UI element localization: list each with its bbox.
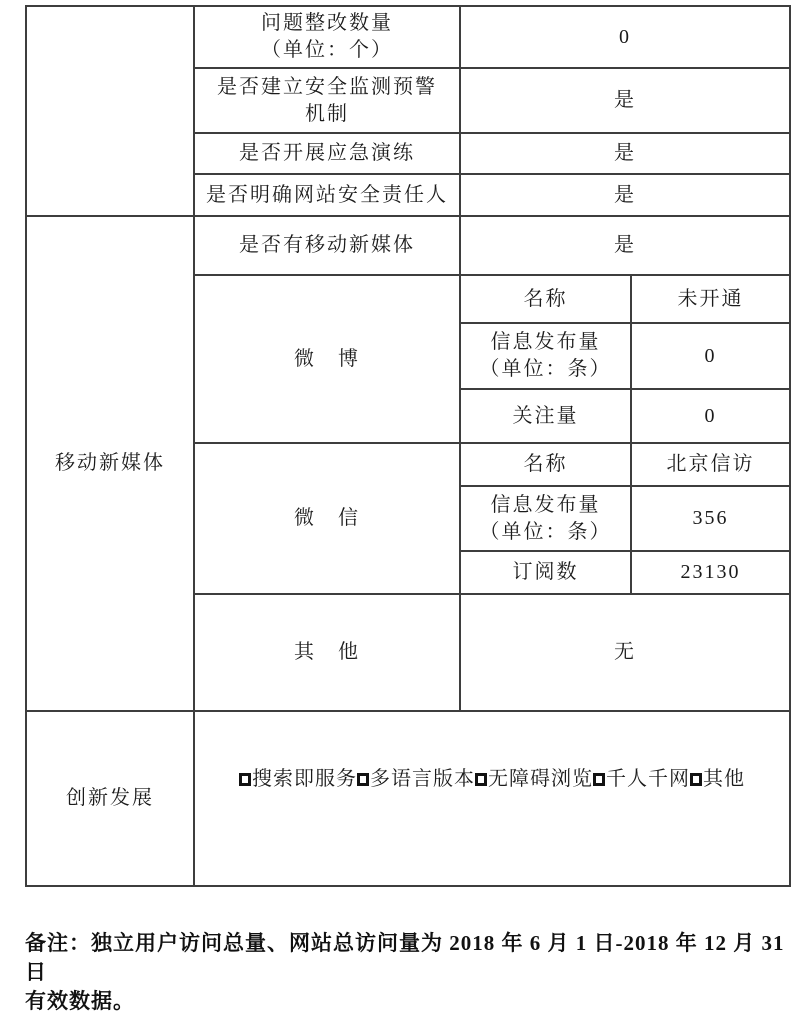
value-has-mobile-media: 是 <box>460 216 790 275</box>
label-issue-rectify-count: 问题整改数量 （单位：个） <box>194 6 460 68</box>
value-weibo-followers: 0 <box>631 389 790 443</box>
checkbox-icon <box>239 773 251 786</box>
checkbox-label: 其他 <box>703 766 745 793</box>
group-label-weibo: 微 博 <box>194 275 460 443</box>
checkbox-row: 搜索即服务 多语言版本 无障碍浏览 千人千网 其他 <box>197 766 787 793</box>
option-search-as-service: 搜索即服务 <box>239 766 357 793</box>
label-weibo-followers: 关注量 <box>460 389 631 443</box>
checkbox-label: 无障碍浏览 <box>488 766 593 793</box>
group-label-mobile-new-media: 移动新媒体 <box>26 216 194 711</box>
option-accessibility: 无障碍浏览 <box>475 766 593 793</box>
label-has-mobile-media: 是否有移动新媒体 <box>194 216 460 275</box>
label-weibo-name: 名称 <box>460 275 631 323</box>
label-wechat-posts: 信息发布量 （单位：条） <box>460 486 631 551</box>
checkbox-icon <box>357 773 369 786</box>
option-other: 其他 <box>690 766 745 793</box>
checkbox-label: 多语言版本 <box>370 766 475 793</box>
value-security-monitor-mechanism: 是 <box>460 68 790 133</box>
value-wechat-subscribers: 23130 <box>631 551 790 594</box>
label-security-responsible-person: 是否明确网站安全责任人 <box>194 174 460 216</box>
empty-group-cell <box>26 6 194 216</box>
label-wechat-name: 名称 <box>460 443 631 486</box>
checkbox-icon <box>475 773 487 786</box>
label-security-monitor-mechanism: 是否建立安全监测预警 机制 <box>194 68 460 133</box>
group-label-wechat: 微 信 <box>194 443 460 594</box>
annual-report-table: 问题整改数量 （单位：个） 0 是否建立安全监测预警 机制 是 是否开展应急演练… <box>25 5 791 887</box>
group-label-innovation: 创新发展 <box>26 711 194 886</box>
label-wechat-subscribers: 订阅数 <box>460 551 631 594</box>
value-issue-rectify-count: 0 <box>460 6 790 68</box>
footnote: 备注：独立用户访问总量、网站总访问量为 2018 年 6 月 1 日-2018 … <box>25 929 787 1016</box>
label-other-media: 其 他 <box>194 594 460 711</box>
checkbox-label: 千人千网 <box>606 766 690 793</box>
label-emergency-drill: 是否开展应急演练 <box>194 133 460 174</box>
value-weibo-name: 未开通 <box>631 275 790 323</box>
option-multilingual: 多语言版本 <box>357 766 475 793</box>
value-wechat-name: 北京信访 <box>631 443 790 486</box>
innovation-options-cell: 搜索即服务 多语言版本 无障碍浏览 千人千网 其他 <box>194 711 790 886</box>
checkbox-icon <box>593 773 605 786</box>
value-emergency-drill: 是 <box>460 133 790 174</box>
option-personalization: 千人千网 <box>593 766 690 793</box>
checkbox-icon <box>690 773 702 786</box>
value-wechat-posts: 356 <box>631 486 790 551</box>
label-weibo-posts: 信息发布量 （单位：条） <box>460 323 631 389</box>
value-other-media: 无 <box>460 594 790 711</box>
checkbox-label: 搜索即服务 <box>252 766 357 793</box>
value-weibo-posts: 0 <box>631 323 790 389</box>
value-security-responsible-person: 是 <box>460 174 790 216</box>
